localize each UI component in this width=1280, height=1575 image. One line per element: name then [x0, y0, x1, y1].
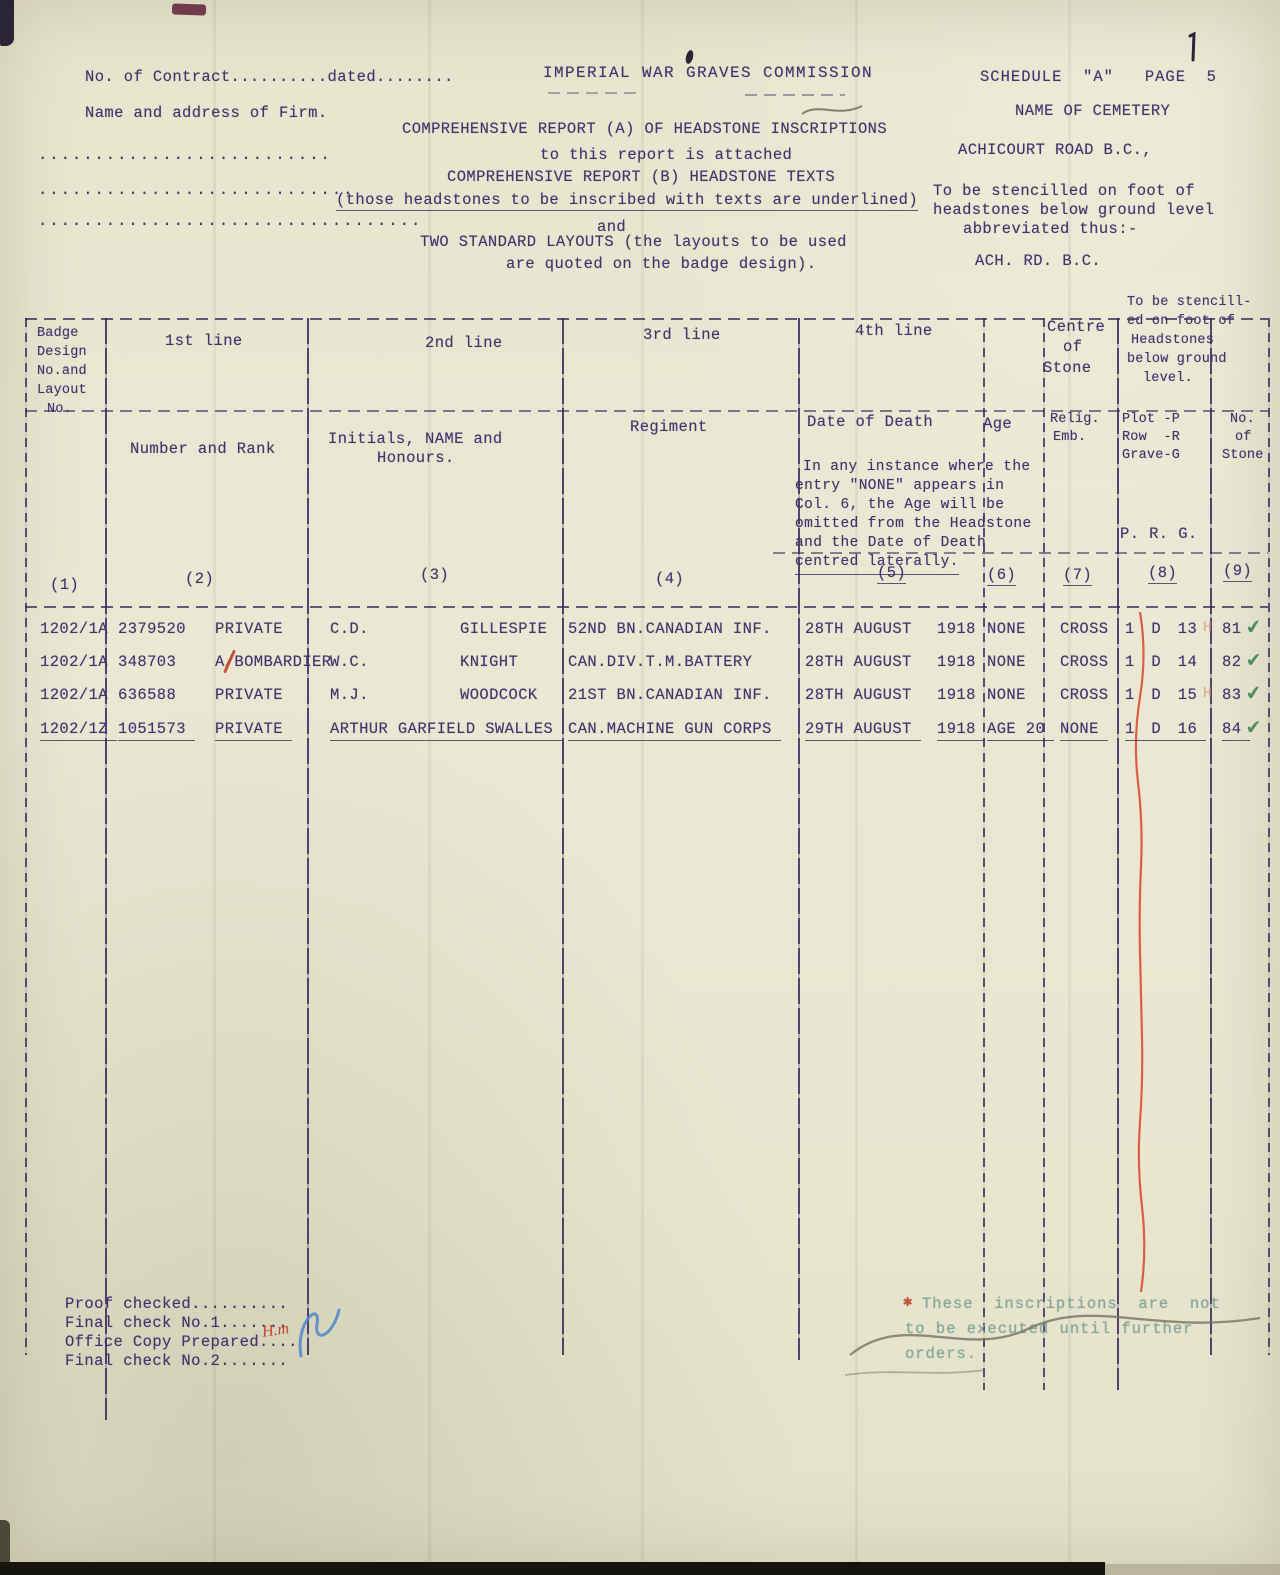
column-divider — [562, 318, 564, 1355]
cell-age: NONE — [987, 653, 1026, 671]
cell-badge-design: 1202/1A — [40, 686, 108, 704]
col5-subheader: Date of Death — [807, 413, 933, 431]
col9-subheader-line: of — [1235, 428, 1252, 447]
check-icon: ✔ — [1246, 647, 1261, 674]
underlined-note-line: (those headstones to be inscribed with t… — [336, 191, 918, 211]
footer-check-line: Proof checked.......... — [65, 1295, 288, 1313]
cell-age: AGE 20 — [987, 720, 1054, 741]
contract-line: No. of Contract..........dated........ — [85, 68, 454, 86]
table-border-left — [25, 318, 27, 1355]
scan-edge-bar — [0, 1562, 1105, 1575]
pencil-squiggle — [798, 98, 868, 120]
cell-rank: PRIVATE — [215, 720, 292, 741]
col4-subheader: Regiment — [630, 418, 708, 436]
col-number: (5) — [877, 564, 906, 584]
cell-badge-design: 1202/1A — [40, 653, 108, 671]
cell-number: 2379520 — [118, 620, 186, 638]
cell-stone-number: 83 — [1222, 686, 1241, 704]
cell-year: 1918 — [937, 653, 976, 671]
col-number: (1) — [50, 576, 79, 594]
cell-year: 1918 — [937, 720, 985, 741]
col3-subheader-line: Honours. — [377, 449, 455, 467]
cell-number: 348703 — [118, 653, 176, 671]
column-divider — [307, 318, 309, 1355]
red-h-mark: H — [1203, 686, 1212, 702]
col8-header-line: Headstones — [1131, 331, 1214, 350]
firm-line: Name and address of Firm. — [85, 104, 328, 122]
cell-rank: PRIVATE — [215, 620, 283, 638]
report-b-line: COMPREHENSIVE REPORT (B) HEADSTONE TEXTS — [447, 168, 835, 186]
cell-regiment: CAN.DIV.T.M.BATTERY — [568, 653, 752, 671]
cell-regiment: 21ST BN.CANADIAN INF. — [568, 686, 772, 704]
table-row: 1202/1A636588PRIVATEM.J.WOODCOCK21ST BN.… — [25, 686, 1268, 716]
col-number: (3) — [420, 566, 449, 584]
stencil-note-line: abbreviated thus:- — [963, 220, 1138, 238]
col7-subheader-line: Emb. — [1053, 428, 1086, 447]
title-underline — [548, 92, 643, 94]
cell-date-of-death: 28TH AUGUST — [805, 653, 912, 671]
cell-surname: GILLESPIE — [460, 620, 547, 638]
col7-subheader-line: Relig. — [1050, 410, 1100, 429]
col2-header: 1st line — [165, 332, 243, 350]
cell-religious-emblem: NONE — [1060, 720, 1108, 741]
cell-year: 1918 — [937, 686, 976, 704]
column-divider — [1210, 318, 1212, 1355]
blue-pencil-flourish — [293, 1298, 353, 1368]
cell-number: 1051573 — [118, 720, 195, 741]
col7-header-line: Centre — [1047, 318, 1105, 336]
col-number: (4) — [655, 570, 684, 588]
cell-date-of-death: 28TH AUGUST — [805, 620, 912, 638]
scan-edge-bar-light — [1105, 1564, 1280, 1575]
table-body-divider — [25, 606, 1268, 608]
col9-subheader-line: Stone — [1222, 446, 1264, 465]
column-divider — [105, 318, 107, 1420]
cell-plot-row-grave: 1 D 14 — [1125, 653, 1197, 671]
cemetery-name: ACHICOURT ROAD B.C., — [958, 141, 1152, 159]
table-border-right — [1268, 318, 1270, 1355]
table-row: 1202/1A348703A/BOMBARDIERW.C.KNIGHTCAN.D… — [25, 653, 1268, 683]
col1-header-line: No. — [47, 400, 72, 419]
col8-header-line: level. — [1143, 369, 1193, 388]
col2-subheader: Number and Rank — [130, 440, 276, 458]
cell-stone-number: 81 — [1222, 620, 1241, 638]
col4-header: 3rd line — [643, 326, 721, 344]
red-initials: H.m — [261, 1320, 290, 1342]
cell-name: ARTHUR GARFIELD SWALLES — [330, 720, 562, 741]
cell-date-of-death: 29TH AUGUST — [805, 720, 921, 741]
prg-label: P. R. G. — [1120, 525, 1198, 543]
dotted-line: .......................... — [38, 146, 332, 164]
col8-header-line: below ground — [1127, 350, 1227, 369]
cell-badge-design: 1202/1Z — [40, 720, 117, 741]
schedule-page-label: SCHEDULE "A" PAGE 5 — [980, 68, 1217, 86]
column-divider — [798, 318, 800, 1360]
cell-year: 1918 — [937, 620, 976, 638]
col5-note-line: In any instance where the — [803, 458, 1031, 478]
col1-header-line: Layout — [37, 381, 87, 400]
cell-badge-design: 1202/1A — [40, 620, 108, 638]
col9-subheader-line: No. — [1230, 410, 1255, 429]
col8-header-line: ed on foot of — [1127, 312, 1235, 331]
cell-rank: PRIVATE — [215, 686, 283, 704]
pencil-strike — [845, 1280, 1265, 1390]
col6-subheader: Age — [983, 415, 1012, 433]
scan-corner-mark — [0, 1520, 10, 1562]
cell-age: NONE — [987, 620, 1026, 638]
cell-initials: C.D. — [330, 620, 369, 638]
red-h-mark: H — [1203, 620, 1212, 636]
dotted-line: ............................ — [38, 181, 354, 199]
col3-subheader-line: Initials, NAME and — [328, 430, 503, 448]
layouts-line-1: TWO STANDARD LAYOUTS (the layouts to be … — [420, 233, 847, 251]
cell-religious-emblem: CROSS — [1060, 653, 1109, 671]
document-page: No. of Contract..........dated........ N… — [0, 0, 1280, 1575]
cell-date-of-death: 28TH AUGUST — [805, 686, 912, 704]
cell-regiment: CAN.MACHINE GUN CORPS — [568, 720, 781, 741]
ink-blot — [684, 49, 694, 64]
col-number: (8) — [1148, 564, 1177, 584]
stencil-abbreviation: ACH. RD. B.C. — [975, 252, 1101, 270]
col5-note-line: Col. 6, the Age will be — [795, 496, 1004, 516]
col8-subheader-line: Plot -P — [1122, 410, 1180, 429]
title-underline — [745, 94, 845, 96]
cell-religious-emblem: CROSS — [1060, 620, 1109, 638]
footer-check-line: Final check No.1....... — [65, 1314, 288, 1332]
col-number: (6) — [987, 566, 1016, 586]
col8-subheader-line: Grave-G — [1122, 446, 1180, 465]
col5-note-line: omitted from the Headstone — [795, 515, 1032, 535]
report-a-line: COMPREHENSIVE REPORT (A) OF HEADSTONE IN… — [402, 120, 887, 138]
cell-number: 636588 — [118, 686, 176, 704]
cell-plot-row-grave: 1 D 16 — [1125, 720, 1206, 741]
cell-initials: M.J. — [330, 686, 369, 704]
col1-header-line: No.and — [37, 362, 87, 381]
ink-smudge — [172, 3, 206, 15]
cell-plot-row-grave: 1 D 13 — [1125, 620, 1197, 638]
col-number: (9) — [1223, 562, 1252, 582]
cemetery-label: NAME OF CEMETERY — [1015, 102, 1170, 120]
col7-header-line: of — [1063, 338, 1082, 356]
col5-note-line: entry "NONE" appears in — [795, 477, 1004, 497]
col8-header-line: To be stencill- — [1127, 293, 1252, 312]
cell-surname: WOODCOCK — [460, 686, 538, 704]
col8-subheader-line: Row -R — [1122, 428, 1180, 447]
cell-age: NONE — [987, 686, 1026, 704]
stencil-note-line: headstones below ground level — [933, 201, 1214, 219]
scan-corner-mark — [0, 0, 14, 46]
attached-line: to this report is attached — [540, 146, 792, 164]
cell-regiment: 52ND BN.CANADIAN INF. — [568, 620, 772, 638]
stencil-note-line: To be stencilled on foot of — [933, 182, 1195, 200]
col-number: (7) — [1063, 566, 1092, 586]
col3-header: 2nd line — [425, 334, 503, 352]
cell-plot-row-grave: 1 D 15 — [1125, 686, 1197, 704]
table-row: 1202/1A2379520PRIVATEC.D.GILLESPIE52ND B… — [25, 620, 1268, 650]
pen-mark-1 — [1184, 32, 1204, 64]
footer-check-line: Final check No.2....... — [65, 1352, 288, 1370]
check-icon: ✔ — [1245, 680, 1262, 708]
check-icon: ✔ — [1246, 713, 1270, 742]
cell-religious-emblem: CROSS — [1060, 686, 1109, 704]
layouts-line-2: are quoted on the badge design). — [506, 255, 816, 273]
commission-title: IMPERIAL WAR GRAVES COMMISSION — [543, 64, 873, 82]
col1-header-line: Design — [37, 343, 87, 362]
dotted-line: .................................. — [38, 212, 422, 230]
cell-initials: W.C. — [330, 653, 369, 671]
table-row: 1202/1Z1051573PRIVATEARTHUR GARFIELD SWA… — [25, 720, 1268, 750]
cell-surname: KNIGHT — [460, 653, 518, 671]
headstone-schedule-table: Badge Design No.and Layout No. 1st line … — [25, 318, 1268, 1438]
check-icon: ✔ — [1245, 613, 1262, 641]
col5-note-line: and the Date of Death — [795, 534, 986, 554]
cell-stone-number: 82 — [1222, 653, 1241, 671]
column-divider — [1117, 318, 1119, 1390]
column-divider — [1043, 318, 1045, 1390]
col1-header-line: Badge — [37, 324, 79, 343]
col-number: (2) — [185, 570, 214, 588]
col7-header-line: Stone — [1043, 359, 1092, 377]
col5-header: 4th line — [855, 322, 933, 340]
